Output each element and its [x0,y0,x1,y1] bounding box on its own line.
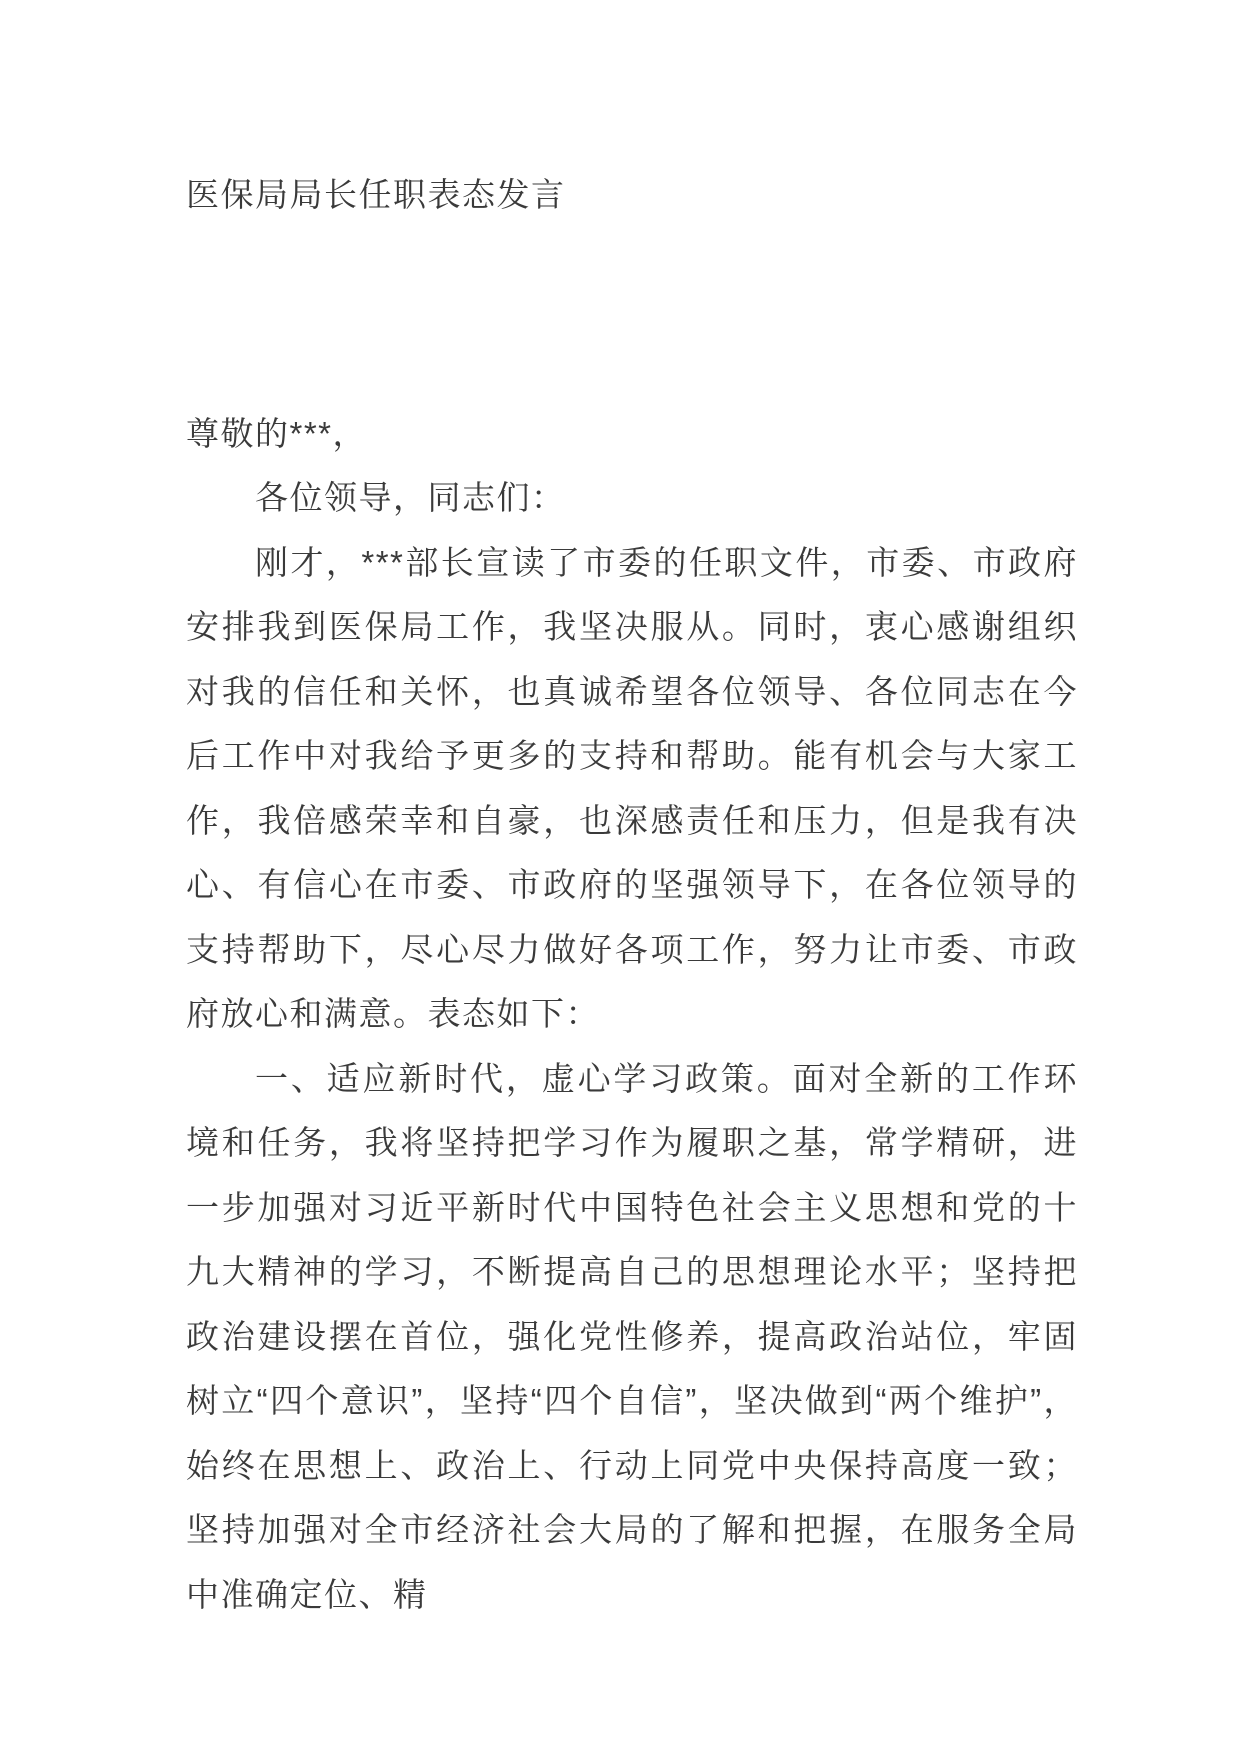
paragraph-opening-statement: 刚才，***部长宣读了市委的任职文件，市委、市政府安排我到医保局工作，我坚决服从… [186,531,1078,1047]
paragraph-point-one: 一、适应新时代，虚心学习政策。面对全新的工作环境和任务，我将坚持把学习作为履职之… [186,1047,1078,1628]
salutation-line: 尊敬的***， [186,402,1078,467]
document-body: 尊敬的***， 各位领导，同志们： 刚才，***部长宣读了市委的任职文件，市委、… [186,402,1078,1628]
document-title: 医保局局长任职表态发言 [186,163,1078,228]
title-body-gap [186,228,1078,402]
document-page: 医保局局长任职表态发言 尊敬的***， 各位领导，同志们： 刚才，***部长宣读… [0,0,1241,1755]
paragraph-greeting: 各位领导，同志们： [186,466,1078,531]
